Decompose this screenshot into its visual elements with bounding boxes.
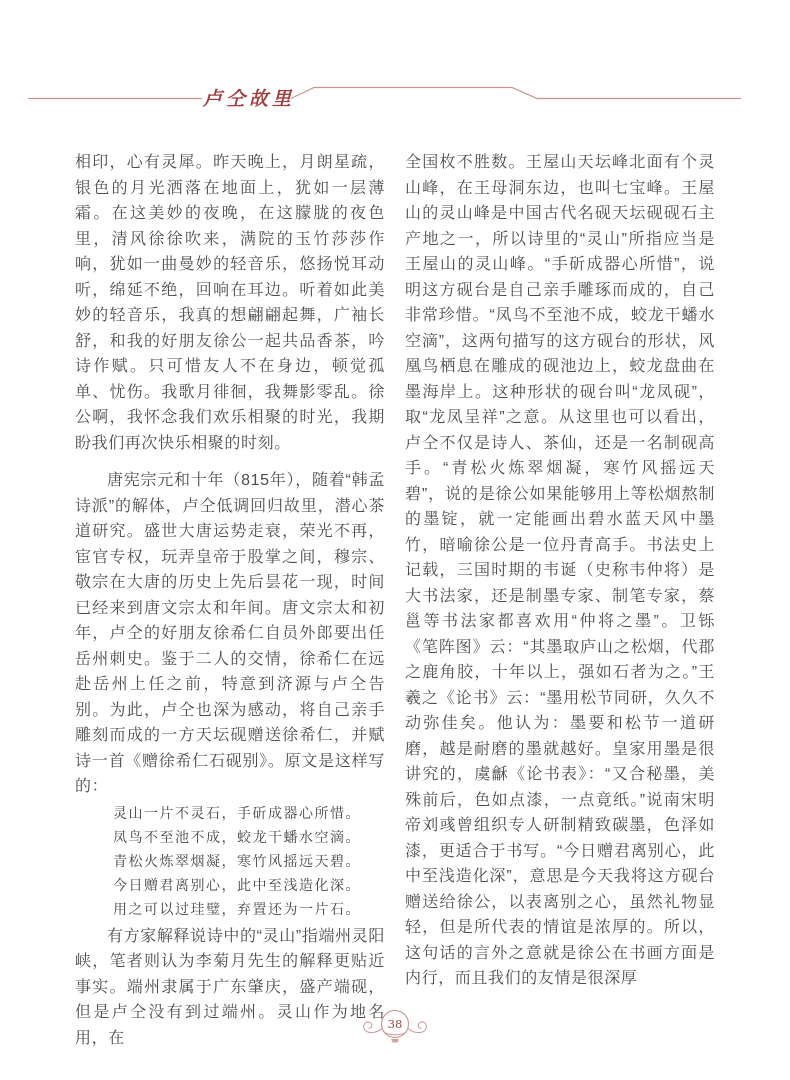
poem-line: 用之可以过珪璧，弃置还为一片石。 bbox=[113, 898, 385, 922]
right-column: 全国枚不胜数。王屋山天坛峰北面有个灵山峰，在王母洞东边，也叫七宝峰。王屋山的灵山… bbox=[405, 150, 715, 1051]
poem-block: 灵山一片不灵石，手斫成器心所惜。 凤鸟不至池不成，蛟龙干蟠水空滴。 青松火炼翠烟… bbox=[113, 802, 385, 922]
book-page: 卢仝故里 相印，心有灵犀。昨天晚上，月朗星疏，银色的月光洒落在地面上，犹如一层薄… bbox=[0, 0, 790, 1080]
paragraph-history: 唐宪宗元和十年（815年），随着“韩孟诗派”的解体，卢仝低调回归故里，潜心茶道研… bbox=[75, 468, 385, 800]
poem-line: 今日赠君离别心，此中至浅造化深。 bbox=[113, 874, 385, 898]
paragraph-night-scene: 相印，心有灵犀。昨天晚上，月朗星疏，银色的月光洒落在地面上，犹如一层薄霜。在这美… bbox=[75, 150, 385, 456]
poem-line: 灵山一片不灵石，手斫成器心所惜。 bbox=[113, 802, 385, 826]
poem-line: 青松火炼翠烟凝，寒竹风摇远天碧。 bbox=[113, 850, 385, 874]
paragraph-analysis: 全国枚不胜数。王屋山天坛峰北面有个灵山峰，在王母洞东边，也叫七宝峰。王屋山的灵山… bbox=[405, 150, 715, 992]
poem-line: 凤鸟不至池不成，蛟龙干蟠水空滴。 bbox=[113, 826, 385, 850]
header-rule-ornament bbox=[0, 0, 790, 120]
article-body: 相印，心有灵犀。昨天晚上，月朗星疏，银色的月光洒落在地面上，犹如一层薄霜。在这美… bbox=[75, 150, 715, 1051]
paragraph-interpretation: 有方家解释说诗中的“灵山”指端州灵阳峡，笔者则认为李菊月先生的解释更贴近事实。端… bbox=[75, 924, 385, 1052]
page-header-title: 卢仝故里 bbox=[203, 84, 298, 111]
left-column: 相印，心有灵犀。昨天晚上，月朗星疏，银色的月光洒落在地面上，犹如一层薄霜。在这美… bbox=[75, 150, 385, 1051]
page-number: 38 bbox=[353, 1017, 437, 1031]
